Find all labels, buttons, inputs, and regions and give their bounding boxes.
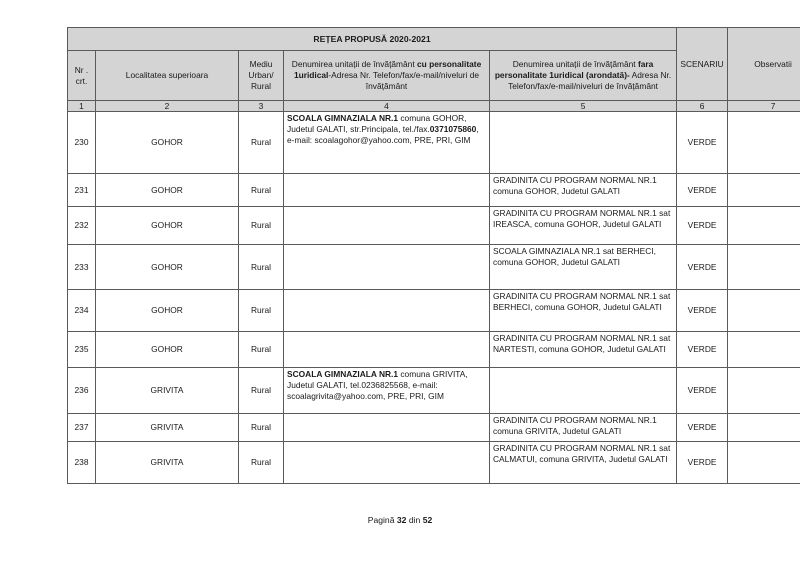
cell-localitate: GOHOR — [96, 207, 239, 245]
column-number: 2 — [96, 101, 239, 112]
cell-observatii — [728, 290, 800, 332]
header-cu-pj: Denumirea unitații de învățământ cu pers… — [284, 51, 490, 101]
cell-unit-without-legal-personality: GRADINITA CU PROGRAM NORMAL NR.1 sat CAL… — [490, 442, 677, 484]
cell-unit-without-legal-personality: GRADINITA CU PROGRAM NORMAL NR.1 sat NAR… — [490, 332, 677, 368]
cell-unit-without-legal-personality — [490, 112, 677, 174]
cell-localitate: GOHOR — [96, 332, 239, 368]
table-row: 233GOHORRuralSCOALA GIMNAZIALA NR.1 sat … — [68, 245, 800, 290]
cell-mediu: Rural — [239, 112, 284, 174]
cell-localitate: GRIVITA — [96, 442, 239, 484]
cell-unit-with-legal-personality — [284, 174, 490, 207]
column-number: 4 — [284, 101, 490, 112]
cell-localitate: GOHOR — [96, 174, 239, 207]
cell-scenariu: VERDE — [677, 414, 728, 442]
column-number: 6 — [677, 101, 728, 112]
column-number: 3 — [239, 101, 284, 112]
cell-scenariu: VERDE — [677, 368, 728, 414]
column-number: 7 — [728, 101, 800, 112]
page-footer: Pagină 32 din 52 — [0, 515, 800, 525]
cell-unit-with-legal-personality — [284, 414, 490, 442]
cell-unit-with-legal-personality — [284, 442, 490, 484]
cell-observatii — [728, 174, 800, 207]
cell-localitate: GOHOR — [96, 290, 239, 332]
cell-nr: 232 — [68, 207, 96, 245]
cell-unit-without-legal-personality — [490, 368, 677, 414]
table-row: 230GOHORRuralSCOALA GIMNAZIALA NR.1 comu… — [68, 112, 800, 174]
cell-nr: 231 — [68, 174, 96, 207]
cell-unit-without-legal-personality: GRADINITA CU PROGRAM NORMAL NR.1 sat BER… — [490, 290, 677, 332]
cell-nr: 238 — [68, 442, 96, 484]
cell-scenariu: VERDE — [677, 442, 728, 484]
cell-localitate: GRIVITA — [96, 368, 239, 414]
cell-observatii — [728, 414, 800, 442]
cell-unit-with-legal-personality — [284, 332, 490, 368]
table-row: 237GRIVITARuralGRADINITA CU PROGRAM NORM… — [68, 414, 800, 442]
cell-mediu: Rural — [239, 332, 284, 368]
cell-mediu: Rural — [239, 174, 284, 207]
cell-scenariu: VERDE — [677, 207, 728, 245]
cell-unit-with-legal-personality: SCOALA GIMNAZIALA NR.1 comuna GOHOR, Jud… — [284, 112, 490, 174]
header-observatii: Observatii — [728, 28, 800, 101]
cell-observatii — [728, 442, 800, 484]
cell-unit-without-legal-personality: GRADINITA CU PROGRAM NORMAL NR.1 comuna … — [490, 414, 677, 442]
column-number: 1 — [68, 101, 96, 112]
header-scenariu: SCENARIU — [677, 28, 728, 101]
cell-mediu: Rural — [239, 207, 284, 245]
cell-observatii — [728, 112, 800, 174]
cell-unit-with-legal-personality — [284, 207, 490, 245]
cell-mediu: Rural — [239, 414, 284, 442]
header-localitate: Localitatea superioara — [96, 51, 239, 101]
cell-scenariu: VERDE — [677, 332, 728, 368]
cell-unit-with-legal-personality: SCOALA GIMNAZIALA NR.1 comuna GRIVITA, J… — [284, 368, 490, 414]
cell-localitate: GOHOR — [96, 112, 239, 174]
cell-nr: 230 — [68, 112, 96, 174]
header-nr: Nr . crt. — [68, 51, 96, 101]
cell-mediu: Rural — [239, 290, 284, 332]
cell-unit-with-legal-personality — [284, 290, 490, 332]
cell-nr: 234 — [68, 290, 96, 332]
cell-nr: 236 — [68, 368, 96, 414]
cell-scenariu: VERDE — [677, 245, 728, 290]
column-number: 5 — [490, 101, 677, 112]
cell-scenariu: VERDE — [677, 112, 728, 174]
header-mediu: Mediu Urban/ Rural — [239, 51, 284, 101]
header-fara-pj: Denumirea unitații de învățământ fara pe… — [490, 51, 677, 101]
cell-observatii — [728, 368, 800, 414]
cell-nr: 237 — [68, 414, 96, 442]
cell-mediu: Rural — [239, 245, 284, 290]
cell-scenariu: VERDE — [677, 290, 728, 332]
cell-observatii — [728, 245, 800, 290]
table-row: 231GOHORRuralGRADINITA CU PROGRAM NORMAL… — [68, 174, 800, 207]
cell-observatii — [728, 332, 800, 368]
cell-nr: 233 — [68, 245, 96, 290]
table-row: 236GRIVITARuralSCOALA GIMNAZIALA NR.1 co… — [68, 368, 800, 414]
cell-unit-without-legal-personality: GRADINITA CU PROGRAM NORMAL NR.1 sat IRE… — [490, 207, 677, 245]
table-row: 235GOHORRuralGRADINITA CU PROGRAM NORMAL… — [68, 332, 800, 368]
table-title: REȚEA PROPUSĂ 2020-2021 — [68, 28, 677, 51]
table-row: 238GRIVITARuralGRADINITA CU PROGRAM NORM… — [68, 442, 800, 484]
cell-observatii — [728, 207, 800, 245]
cell-unit-without-legal-personality: GRADINITA CU PROGRAM NORMAL NR.1 comuna … — [490, 174, 677, 207]
cell-scenariu: VERDE — [677, 174, 728, 207]
cell-unit-with-legal-personality — [284, 245, 490, 290]
cell-nr: 235 — [68, 332, 96, 368]
cell-mediu: Rural — [239, 442, 284, 484]
network-table: REȚEA PROPUSĂ 2020-2021 SCENARIU Observa… — [67, 27, 800, 484]
cell-unit-without-legal-personality: SCOALA GIMNAZIALA NR.1 sat BERHECI, comu… — [490, 245, 677, 290]
column-number-row: 1234567 — [68, 101, 800, 112]
table-row: 234GOHORRuralGRADINITA CU PROGRAM NORMAL… — [68, 290, 800, 332]
cell-mediu: Rural — [239, 368, 284, 414]
cell-localitate: GRIVITA — [96, 414, 239, 442]
table-row: 232GOHORRuralGRADINITA CU PROGRAM NORMAL… — [68, 207, 800, 245]
table-body: 230GOHORRuralSCOALA GIMNAZIALA NR.1 comu… — [68, 112, 800, 484]
cell-localitate: GOHOR — [96, 245, 239, 290]
